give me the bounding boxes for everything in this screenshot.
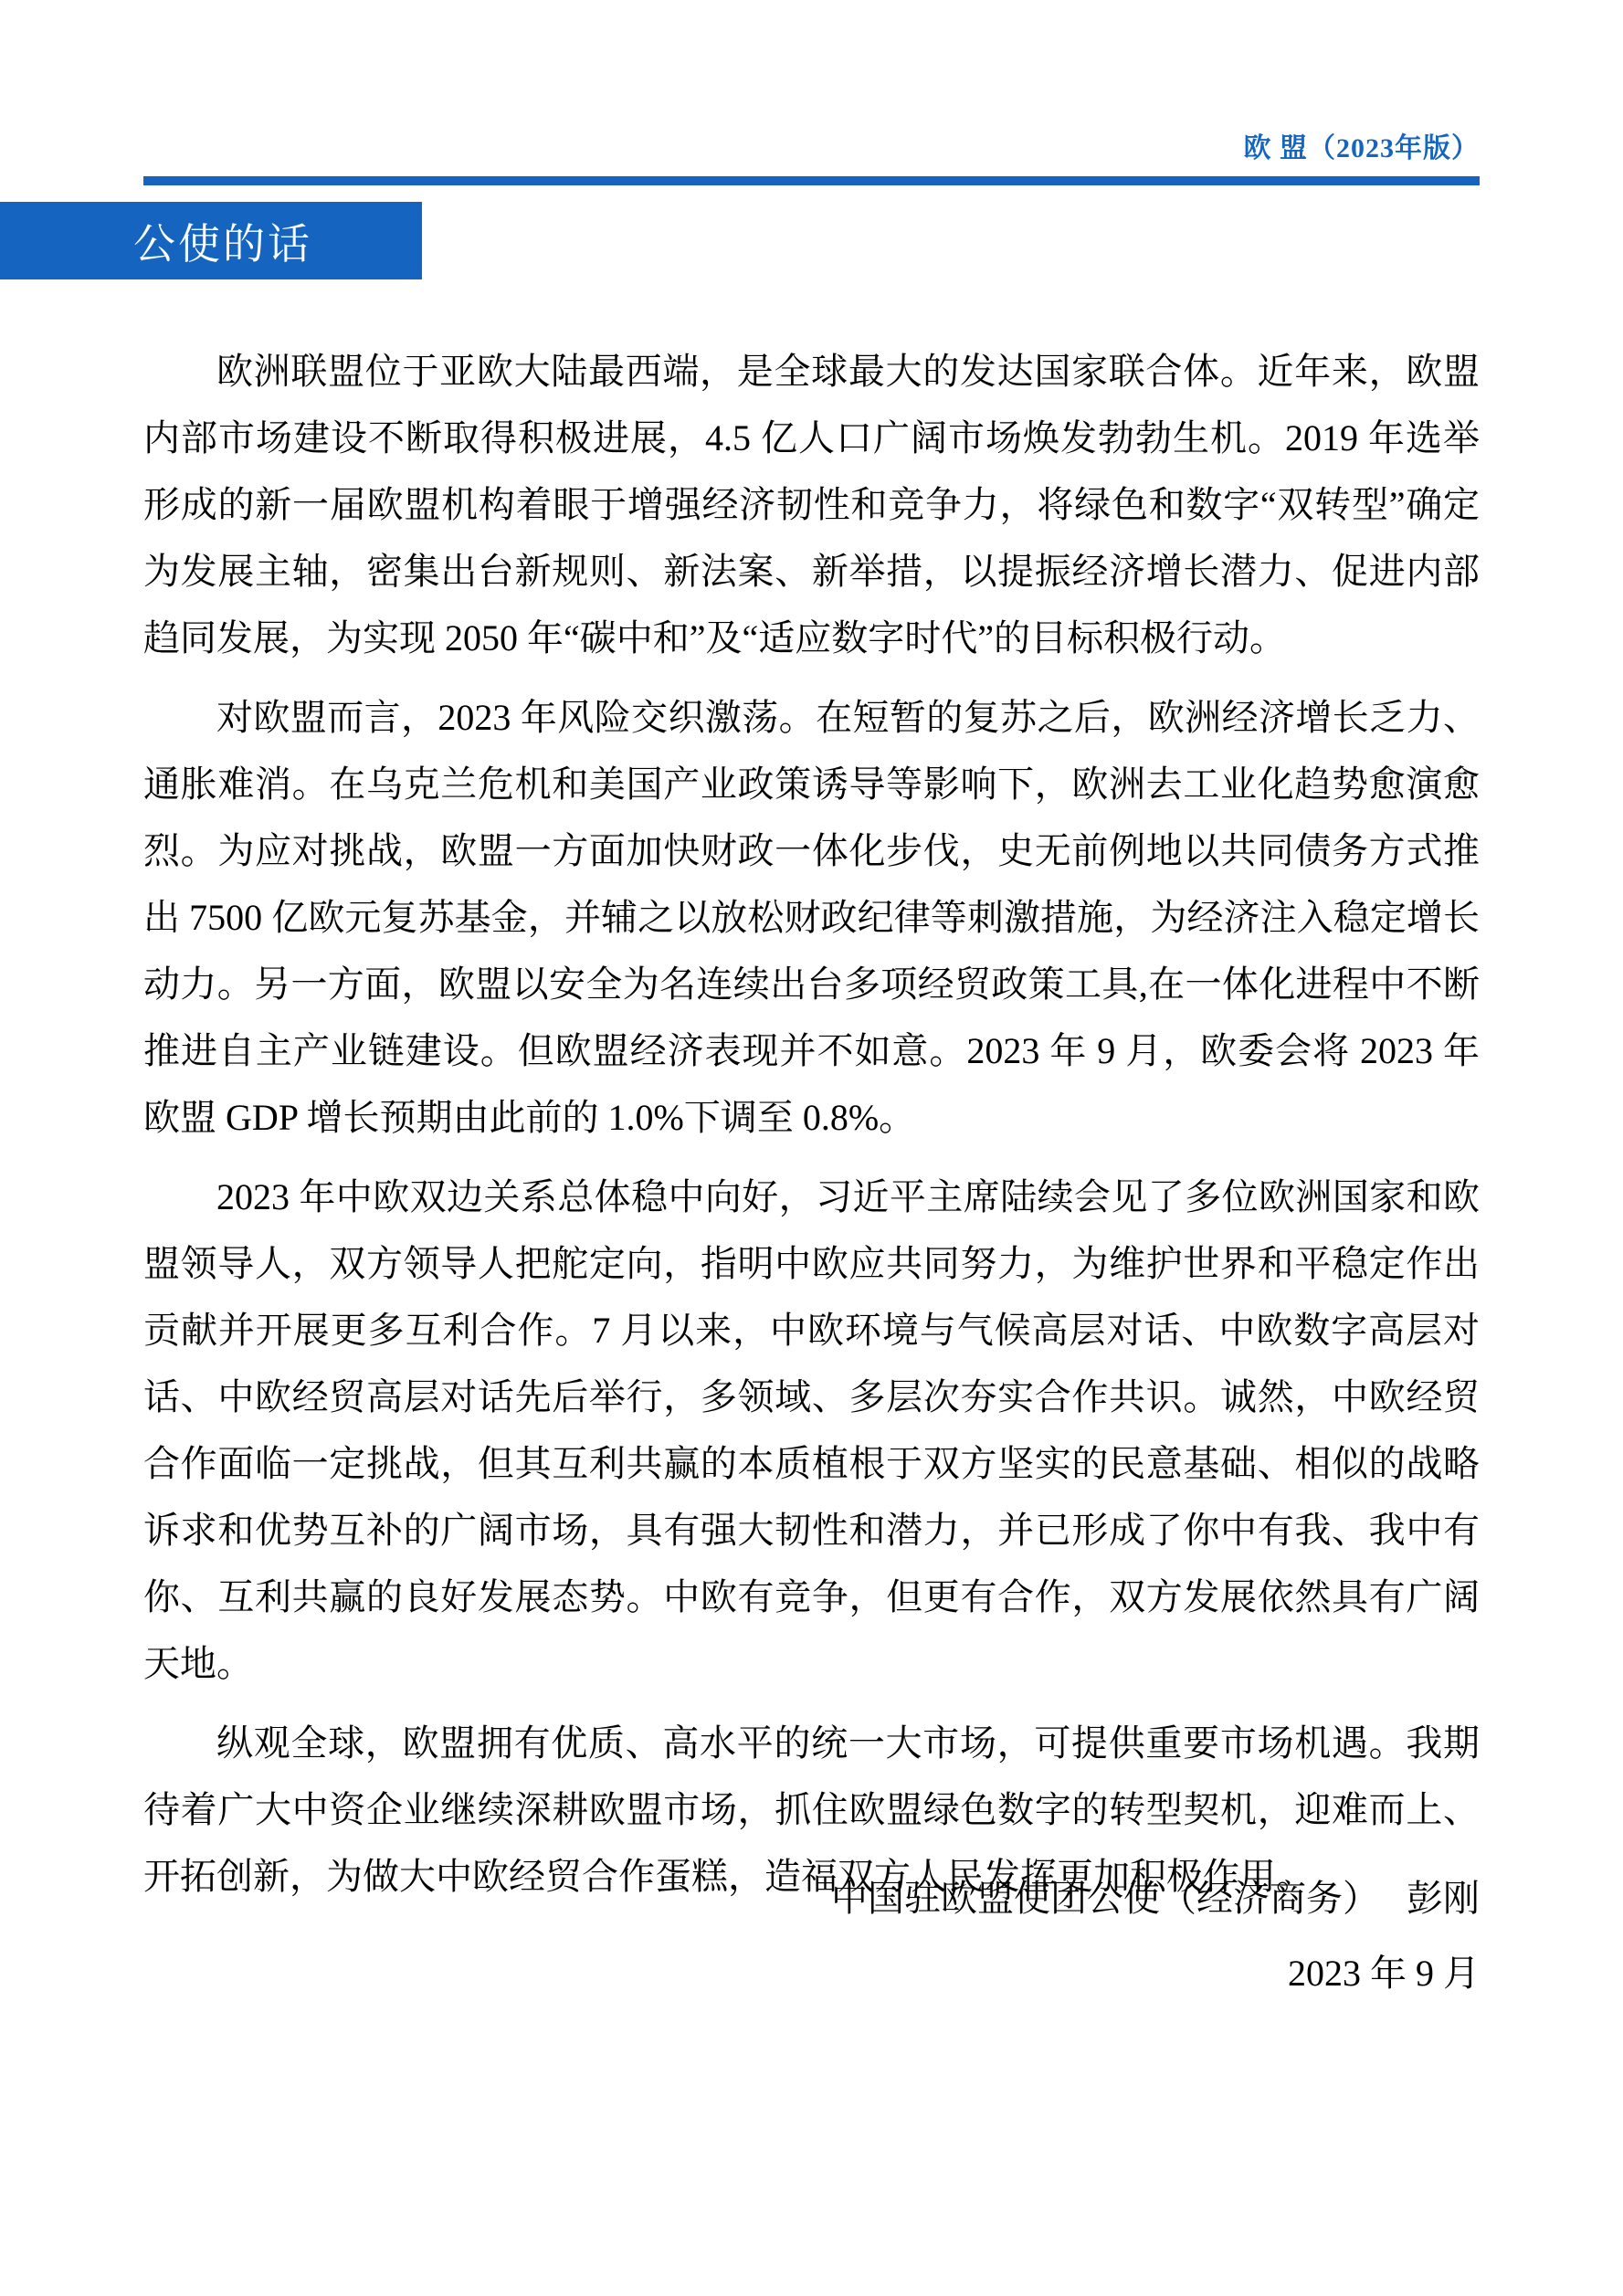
document-page: 欧 盟（2023年版） 公使的话 欧洲联盟位于亚欧大陆最西端，是全球最大的发达国… bbox=[0, 0, 1623, 2296]
body-paragraph-2: 对欧盟而言，2023 年风险交织激荡。在短暂的复苏之后，欧洲经济增长乏力、通胀难… bbox=[143, 684, 1480, 1151]
header-edition-label: 欧 盟（2023年版） bbox=[143, 133, 1480, 164]
date-line: 2023 年 9 月 bbox=[143, 1940, 1480, 2006]
body-content: 欧洲联盟位于亚欧大陆最西端，是全球最大的发达国家联合体。近年来，欧盟内部市场建设… bbox=[143, 338, 1480, 1922]
body-paragraph-1: 欧洲联盟位于亚欧大陆最西端，是全球最大的发达国家联合体。近年来，欧盟内部市场建设… bbox=[143, 338, 1480, 671]
section-title-box: 公使的话 bbox=[0, 202, 422, 279]
body-paragraph-3: 2023 年中欧双边关系总体稳中向好，习近平主席陆续会见了多位欧洲国家和欧盟领导… bbox=[143, 1164, 1480, 1697]
section-title: 公使的话 bbox=[133, 211, 312, 271]
signature-line: 中国驻欧盟使团公使（经济商务） 彭刚 bbox=[143, 1865, 1480, 1932]
header-rule bbox=[143, 176, 1480, 185]
